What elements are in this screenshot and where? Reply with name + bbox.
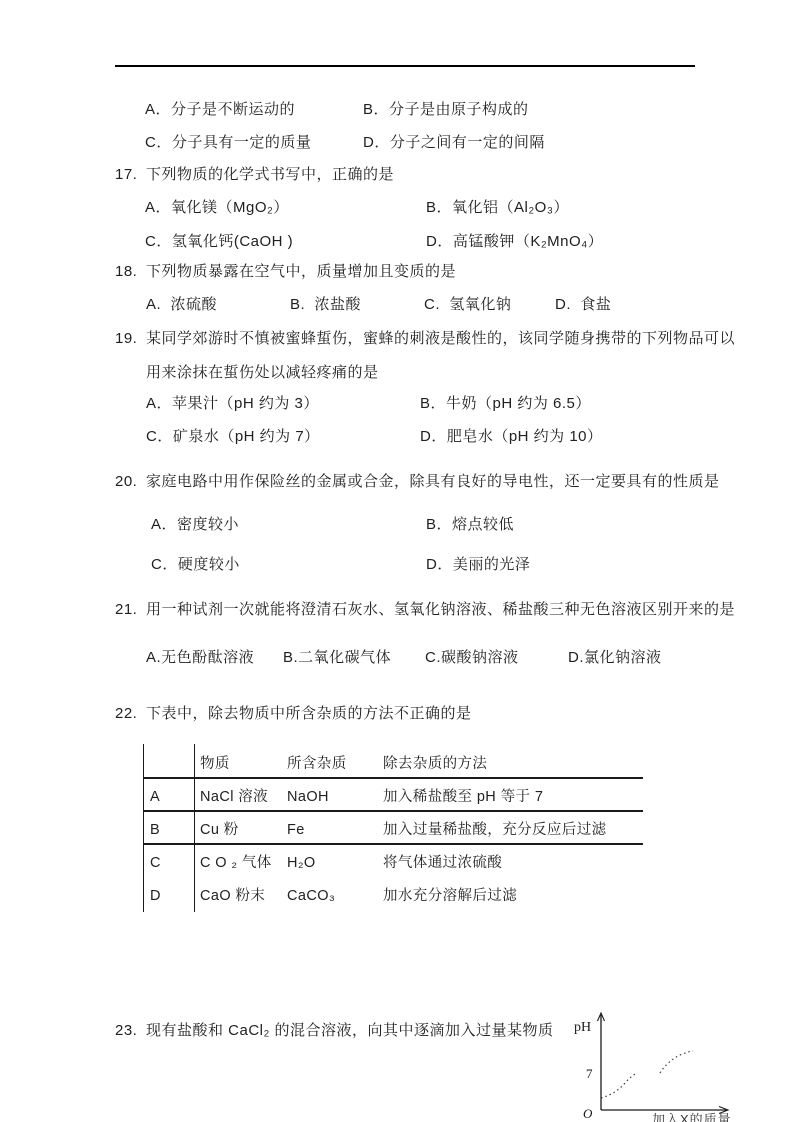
q17-number: 17. [115, 166, 137, 183]
q18-stem: 下列物质暴露在空气中，质量增加且变质的是 [146, 263, 456, 280]
table-rule-under-header [143, 777, 643, 779]
q19-option-d: D．肥皂水（pH 约为 10） [420, 428, 603, 445]
q20-stem: 家庭电路中用作保险丝的金属或合金，除具有良好的导电性，还一定要具有的性质是 [146, 473, 720, 490]
q18-option-b: B. 浓盐酸 [290, 296, 361, 313]
q16-option-d: D．分子之间有一定的间隔 [363, 134, 545, 151]
q20-option-b: B．熔点较低 [426, 516, 514, 533]
q20-option-a: A．密度较小 [151, 516, 239, 533]
q19-stem-line1: 某同学郊游时不慎被蜜蜂蜇伤，蜜蜂的刺液是酸性的，该同学随身携带的下列物品可以 [146, 330, 735, 347]
y-tick-7: 7 [586, 1066, 593, 1081]
q17-option-a: A．氧化镁（MgO₂） [145, 199, 289, 216]
q16-option-b: B．分子是由原子构成的 [363, 101, 529, 118]
q21-option-b: B.二氧化碳气体 [283, 649, 391, 666]
table-row-b-method: 加入过量稀盐酸，充分反应后过滤 [383, 822, 607, 839]
ph-curve-segment-2 [660, 1051, 693, 1073]
exam-page: A．分子是不断运动的 B．分子是由原子构成的 C．分子具有一定的质量 D．分子之… [0, 0, 793, 1122]
q17-option-c: C．氢氧化钙(CaOH ) [145, 233, 293, 250]
q20-option-d: D．美丽的光泽 [426, 556, 530, 573]
q21-stem: 用一种试剂一次就能将澄清石灰水、氢氧化钠溶液、稀盐酸三种无色溶液区别开来的是 [146, 601, 735, 618]
table-row-a-substance: NaCl 溶液 [200, 789, 268, 806]
q22-stem: 下表中，除去物质中所含杂质的方法不正确的是 [146, 705, 472, 722]
table-border-key-column [194, 744, 195, 912]
q19-option-b: B．牛奶（pH 约为 6.5） [420, 395, 591, 412]
q21-option-a: A.无色酚酞溶液 [146, 649, 254, 666]
table-row-c-key: C [150, 855, 161, 872]
q19-number: 19. [115, 330, 137, 347]
q20-option-c: C．硬度较小 [151, 556, 240, 573]
table-row-d-key: D [150, 888, 161, 905]
table-header-substance: 物质 [200, 756, 230, 773]
q21-number: 21. [115, 601, 137, 618]
table-row-a-impurity: NaOH [287, 789, 329, 806]
q18-option-d: D. 食盐 [555, 296, 611, 313]
table-row-d-method: 加水充分溶解后过滤 [383, 888, 517, 905]
table-rule-under-row-b [143, 843, 643, 845]
q18-option-c: C. 氢氧化钠 [424, 296, 511, 313]
table-row-b-key: B [150, 822, 160, 839]
table-header-impurity: 所含杂质 [287, 756, 347, 773]
q19-stem-line2: 用来涂抹在蜇伤处以减轻疼痛的是 [146, 364, 379, 381]
table-row-d-substance: CaO 粉末 [200, 888, 265, 905]
q23-stem: 现有盐酸和 CaCl₂ 的混合溶液，向其中逐滴加入过量某物质 [146, 1022, 554, 1039]
ph-curve-segment-1 [601, 1073, 636, 1098]
q19-option-a: A．苹果汁（pH 约为 3） [146, 395, 319, 412]
q18-option-a: A. 浓硫酸 [146, 296, 217, 313]
q22-number: 22. [115, 705, 137, 722]
table-row-c-method: 将气体通过浓硫酸 [383, 855, 502, 872]
q23-number: 23. [115, 1022, 137, 1039]
table-border-left [143, 744, 144, 912]
q17-option-d: D．高锰酸钾（K₂MnO₄） [426, 233, 603, 250]
table-rule-under-row-a [143, 810, 643, 812]
table-header-method: 除去杂质的方法 [383, 756, 487, 773]
table-row-b-substance: Cu 粉 [200, 822, 239, 839]
q21-option-d: D.氯化钠溶液 [568, 649, 662, 666]
header-rule [115, 65, 695, 67]
table-row-c-impurity: H₂O [287, 855, 316, 872]
table-row-c-substance: C O ₂ 气体 [200, 855, 272, 872]
q19-option-c: C．矿泉水（pH 约为 7） [146, 428, 320, 445]
table-row-a-key: A [150, 789, 160, 806]
q20-number: 20. [115, 473, 137, 490]
y-axis-label: pH [574, 1020, 591, 1035]
q16-option-a: A．分子是不断运动的 [145, 101, 295, 118]
table-row-d-impurity: CaCO₃ [287, 888, 335, 905]
origin-label: O [583, 1106, 593, 1121]
q17-option-b: B．氧化铝（Al₂O₃） [426, 199, 569, 216]
q17-stem: 下列物质的化学式书写中，正确的是 [146, 166, 394, 183]
q16-option-c: C．分子具有一定的质量 [145, 134, 311, 151]
q18-number: 18. [115, 263, 137, 280]
x-axis-label: 加入X的质量 [652, 1112, 732, 1122]
table-row-b-impurity: Fe [287, 822, 305, 839]
q21-option-c: C.碳酸钠溶液 [425, 649, 519, 666]
table-row-a-method: 加入稀盐酸至 pH 等于 7 [383, 789, 543, 806]
ph-chart: pH 7 O [568, 1005, 793, 1122]
